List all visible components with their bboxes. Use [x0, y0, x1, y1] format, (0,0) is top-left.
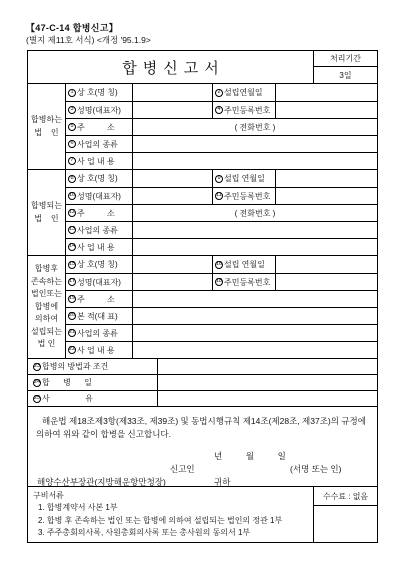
field-label: 주민등록번호	[224, 277, 270, 288]
declaration-box: 해운법 제18조제3항(제33조, 제39조) 및 동법시행규칙 제14조(제2…	[28, 406, 377, 486]
phone-placeholder-cell: ( 전화번호 )	[132, 119, 377, 135]
field-label: 합병의 방법과 조건	[42, 361, 108, 372]
form-table: 합병신고서 처리기간 3일 합병하는 법 인 1상 호(명 칭) 2설립연월일 …	[27, 50, 378, 543]
field-label-cell: 20본 적(대 표)	[66, 308, 132, 324]
blank-field	[132, 136, 377, 152]
blank-field	[275, 170, 377, 187]
table-row: 6사업의 종류	[66, 135, 377, 152]
field-label-cell: 21사업의 종류	[66, 325, 132, 341]
table-row: 15상 호(명 칭) 16설립 연월일	[66, 256, 377, 273]
processing-time-value: 3일	[314, 67, 377, 83]
field-label: 상 호(명 칭)	[77, 173, 118, 184]
form-reference: (별지 제11호 서식) <개정 '95.1.9>	[26, 34, 151, 46]
document-item: 2. 합병 후 존속하는 법인 또는 합병에 의하여 설립되는 법인의 정관 1…	[33, 515, 309, 527]
field-label-cell: 8상 호(명 칭)	[66, 170, 132, 187]
field-label-cell: 15상 호(명 칭)	[66, 256, 132, 273]
field-label-cell: 24합 병 일	[28, 375, 157, 390]
date-line: 년 월 일	[214, 450, 286, 462]
circled-number: 2	[215, 89, 223, 97]
field-label-cell: 17성명(대표자)	[66, 274, 132, 290]
title-row: 합병신고서 처리기간 3일	[28, 51, 377, 83]
blank-field	[157, 375, 377, 390]
blank-field	[157, 391, 377, 406]
field-label-cell: 5주 소	[66, 119, 132, 135]
circled-number: 10	[68, 192, 76, 200]
table-row: 8상 호(명 칭) 9설립 연월일	[66, 170, 377, 187]
section-surviving-side-label: 합병후 존속하는 법인또는 합병에 의하여 설립되는 법 인	[28, 256, 66, 358]
table-row: 17성명(대표자) 18주민등록번호	[66, 273, 377, 290]
field-label: 주민등록번호	[224, 191, 270, 202]
circled-number: 9	[215, 175, 223, 183]
circled-number: 18	[215, 278, 223, 286]
field-label-cell: 22사 업 내 용	[66, 342, 132, 358]
blank-field	[132, 170, 212, 187]
field-label: 주 소	[77, 122, 115, 133]
table-row: 7사 업 내 용	[66, 152, 377, 169]
field-label-cell: 14사 업 내 용	[66, 239, 132, 255]
section-merged: 합병되는 법 인 8상 호(명 칭) 9설립 연월일 10성명(대표자) 11주…	[28, 169, 377, 255]
circled-number: 17	[68, 278, 76, 286]
blank-field	[275, 274, 377, 290]
blank-field	[275, 84, 377, 101]
table-row: 12주 소 ( 전화번호 )	[66, 204, 377, 221]
circled-number: 12	[68, 209, 76, 217]
table-row: 20본 적(대 표)	[66, 307, 377, 324]
circled-number: 19	[68, 295, 76, 303]
circled-number: 20	[68, 312, 76, 320]
field-label: 사 업 내 용	[77, 156, 115, 167]
field-label-cell: 16설립 연월일	[212, 256, 275, 273]
field-label: 주민등록번호	[224, 105, 270, 116]
field-label-cell: 23합병의 방법과 조건	[28, 359, 157, 374]
table-row: 10성명(대표자) 11주민등록번호	[66, 187, 377, 204]
blank-field	[275, 188, 377, 204]
circled-number: 21	[68, 329, 76, 337]
field-label: 사 유	[42, 393, 93, 404]
table-row: 13사업의 종류	[66, 221, 377, 238]
blank-field	[132, 342, 377, 358]
table-row: 24합 병 일	[28, 374, 377, 390]
table-row: 21사업의 종류	[66, 324, 377, 341]
blank-field	[132, 239, 377, 255]
field-label-cell: 4주민등록번호	[212, 102, 275, 118]
fee-column: 수수료 : 없음	[313, 487, 377, 542]
processing-time-box: 처리기간 3일	[313, 51, 377, 83]
field-label: 사 업 내 용	[77, 345, 115, 356]
blank-field	[157, 359, 377, 374]
blank-field	[275, 256, 377, 273]
page-title: 합병신고서	[28, 51, 313, 83]
section-surviving: 합병후 존속하는 법인또는 합병에 의하여 설립되는 법 인 15상 호(명 칭…	[28, 255, 377, 358]
field-label: 사업의 종류	[77, 225, 118, 236]
blank-field	[132, 222, 377, 238]
field-label-cell: 10성명(대표자)	[66, 188, 132, 204]
table-row: 19주 소	[66, 290, 377, 307]
circled-number: 14	[68, 243, 76, 251]
form-code: 【47-C-14 합병신고】	[26, 21, 118, 34]
field-label-cell: 13사업의 종류	[66, 222, 132, 238]
blank-field	[132, 102, 212, 118]
blank-field	[132, 153, 377, 169]
field-label-cell: 19주 소	[66, 291, 132, 307]
field-label: 주 소	[77, 294, 115, 305]
table-row: 3성명(대표자) 4주민등록번호	[66, 101, 377, 118]
field-label: 사업의 종류	[77, 328, 118, 339]
field-label: 합 병 일	[42, 377, 92, 388]
circled-number: 11	[215, 192, 223, 200]
field-label: 성명(대표자)	[77, 191, 121, 202]
blank-field	[275, 102, 377, 118]
section-merging: 합병하는 법 인 1상 호(명 칭) 2설립연월일 3성명(대표자) 4주민등록…	[28, 83, 377, 169]
field-label-cell: 3성명(대표자)	[66, 102, 132, 118]
field-label: 주 소	[77, 208, 115, 219]
blank-field	[132, 308, 377, 324]
field-label-cell: 11주민등록번호	[212, 188, 275, 204]
circled-number: 1	[68, 89, 76, 97]
circled-number: 23	[33, 363, 41, 371]
table-row: 23합병의 방법과 조건	[28, 358, 377, 374]
table-row: 1상 호(명 칭) 2설립연월일	[66, 84, 377, 101]
reporter-label: 신고인	[170, 463, 195, 475]
documents-title: 구비서류	[33, 490, 309, 502]
circled-number: 15	[68, 261, 76, 269]
blank-field	[132, 274, 212, 290]
signature-note: (서명 또는 인)	[290, 463, 341, 475]
circled-number: 3	[68, 106, 76, 114]
field-label-cell: 7사 업 내 용	[66, 153, 132, 169]
field-label-cell: 9설립 연월일	[212, 170, 275, 187]
field-label: 성명(대표자)	[77, 277, 121, 288]
table-row: 25사 유	[28, 390, 377, 406]
field-label: 설립연월일	[224, 87, 263, 98]
field-label: 설립 연월일	[224, 173, 265, 184]
blank-field	[132, 84, 212, 101]
table-row: 22사 업 내 용	[66, 341, 377, 358]
document-item: 3. 주주총회의사록, 사원총회의사록 또는 총사원의 동의서 1부	[33, 527, 309, 539]
circled-number: 4	[215, 106, 223, 114]
addressee-suffix: 귀하	[214, 476, 230, 488]
section-merging-side-label: 합병하는 법 인	[28, 84, 66, 169]
blank-field	[132, 325, 377, 341]
circled-number: 8	[68, 175, 76, 183]
field-label: 본 적(대 표)	[77, 311, 118, 322]
field-label: 상 호(명 칭)	[77, 87, 118, 98]
field-label-cell: 6사업의 종류	[66, 136, 132, 152]
circled-number: 24	[33, 379, 41, 387]
field-label: 설립 연월일	[224, 259, 265, 270]
field-label-cell: 18주민등록번호	[212, 274, 275, 290]
field-label: 성명(대표자)	[77, 105, 121, 116]
document-item: 1. 합병계약서 사본 1부	[33, 502, 309, 514]
section-merged-side-label: 합병되는 법 인	[28, 170, 66, 255]
field-label-cell: 2설립연월일	[212, 84, 275, 101]
table-row: 5주 소 ( 전화번호 )	[66, 118, 377, 135]
blank-field	[314, 506, 377, 542]
circled-number: 25	[33, 395, 41, 403]
phone-placeholder-cell: ( 전화번호 )	[132, 205, 377, 221]
blank-field	[132, 291, 377, 307]
blank-field	[132, 188, 212, 204]
circled-number: 13	[68, 226, 76, 234]
field-label: 상 호(명 칭)	[77, 259, 118, 270]
form-page: 【47-C-14 합병신고】 (별지 제11호 서식) <개정 '95.1.9>…	[0, 0, 400, 565]
field-label-cell: 25사 유	[28, 391, 157, 406]
circled-number: 7	[68, 157, 76, 165]
field-label-cell: 1상 호(명 칭)	[66, 84, 132, 101]
fee-label: 수수료 : 없음	[314, 487, 377, 506]
processing-time-label: 처리기간	[314, 51, 377, 67]
field-label: 사업의 종류	[77, 139, 118, 150]
circled-number: 5	[68, 123, 76, 131]
circled-number: 16	[215, 261, 223, 269]
table-row: 14사 업 내 용	[66, 238, 377, 255]
circled-number: 22	[68, 346, 76, 354]
blank-field	[132, 256, 212, 273]
required-documents-box: 구비서류 1. 합병계약서 사본 1부 2. 합병 후 존속하는 법인 또는 합…	[28, 486, 377, 542]
field-label-cell: 12주 소	[66, 205, 132, 221]
field-label: 사 업 내 용	[77, 242, 115, 253]
circled-number: 6	[68, 140, 76, 148]
addressee: 해양수산부장관(지방해운항만청장)	[37, 476, 166, 488]
declaration-text: 해운법 제18조제3항(제33조, 제39조) 및 동법시행규칙 제14조(제2…	[28, 407, 377, 441]
